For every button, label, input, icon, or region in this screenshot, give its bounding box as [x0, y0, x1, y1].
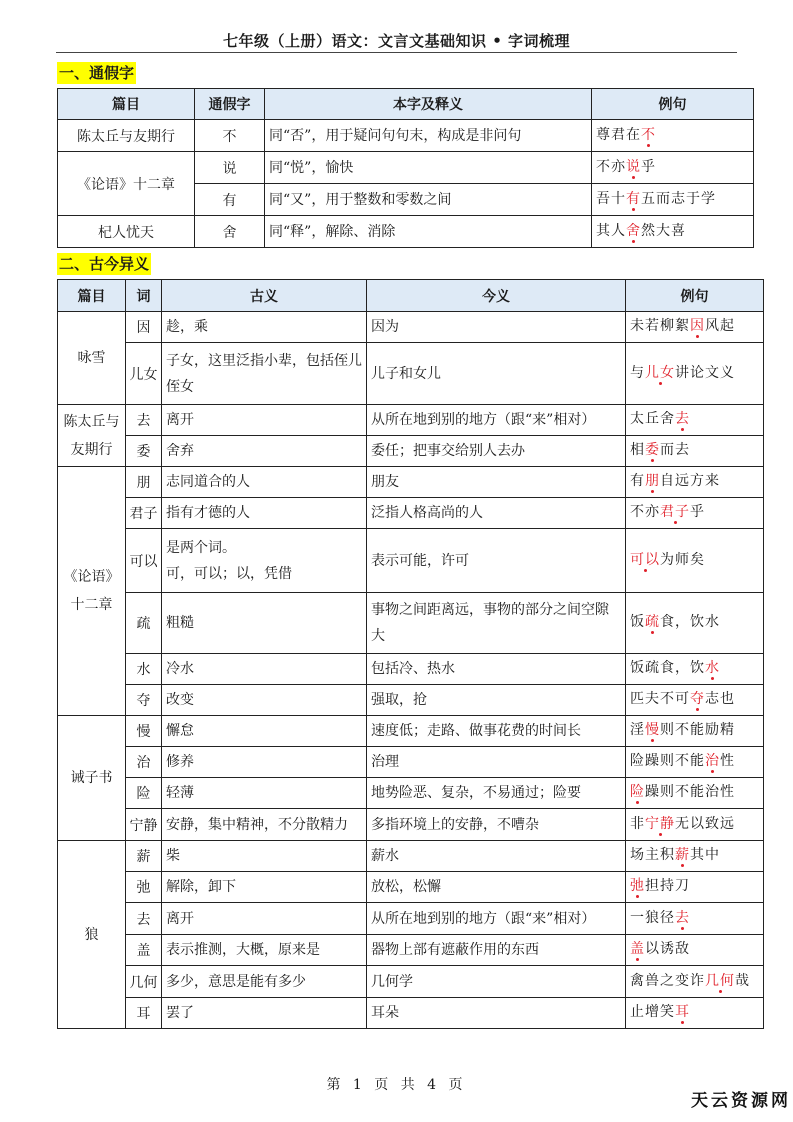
old-meaning-cell: 离开: [162, 405, 367, 436]
emphasized-word: 君子: [660, 505, 690, 520]
example-cell: 淫慢则不能励精: [626, 716, 764, 747]
example-cell: 相委而去: [626, 436, 764, 467]
emphasized-word: 治: [705, 754, 720, 769]
table-row: 诫子书慢懈怠速度低；走路、做事花费的时间长淫慢则不能励精: [58, 716, 764, 747]
word-cell: 弛: [126, 872, 162, 903]
example-text: 不亦: [596, 160, 626, 175]
new-meaning-cell: 治理: [367, 747, 626, 778]
example-text: 其中: [690, 848, 720, 863]
old-meaning-cell: 改变: [162, 685, 367, 716]
example-cell: 场主积薪其中: [626, 841, 764, 872]
new-meaning-cell: 从所在地到别的地方（跟“来”相对）: [367, 405, 626, 436]
word-cell: 可以: [126, 529, 162, 593]
example-text: 吾十: [596, 192, 626, 207]
chapter-cell: 《论语》十二章: [58, 467, 126, 716]
old-meaning-cell: 柴: [162, 841, 367, 872]
tongjiazi-table: 篇目 通假字 本字及释义 例句 陈太丘与友期行不同“否”，用于疑问句句末，构成是…: [57, 88, 754, 248]
example-text: 无以致远: [675, 817, 735, 832]
table-row: 宁静安静，集中精神，不分散精力多指环境上的安静，不嘈杂非宁静无以致远: [58, 809, 764, 841]
emphasized-word: 弛: [630, 879, 645, 894]
new-meaning-cell: 速度低；走路、做事花费的时间长: [367, 716, 626, 747]
table-row: 夺改变强取，抢匹夫不可夺志也: [58, 685, 764, 716]
table-header-row: 篇目 通假字 本字及释义 例句: [58, 89, 754, 120]
old-meaning-cell: 表示推测，大概，原来是: [162, 935, 367, 966]
old-meaning-cell: 罢了: [162, 998, 367, 1029]
example-cell: 与儿女讲论文义: [626, 343, 764, 405]
example-text: 五而志于学: [641, 192, 716, 207]
word-cell: 慢: [126, 716, 162, 747]
new-meaning-cell: 事物之间距离远，事物的部分之间空隙大: [367, 593, 626, 654]
chapter-cell: 《论语》十二章: [58, 152, 195, 216]
table-row: 耳罢了耳朵止增笑耳: [58, 998, 764, 1029]
table-row: 水冷水包括冷、热水饭疏食，饮水: [58, 654, 764, 685]
new-meaning-cell: 包括冷、热水: [367, 654, 626, 685]
chapter-cell: 咏雪: [58, 312, 126, 405]
emphasized-word: 儿女: [645, 366, 675, 381]
column-header-old-meaning: 古义: [162, 280, 367, 312]
new-meaning-cell: 地势险恶、复杂，不易通过；险要: [367, 778, 626, 809]
example-cell: 太丘舍去: [626, 405, 764, 436]
char-cell: 不: [195, 120, 265, 152]
meaning-cell: 同“悦”，愉快: [265, 152, 592, 184]
word-cell: 委: [126, 436, 162, 467]
old-meaning-cell: 解除，卸下: [162, 872, 367, 903]
meaning-cell: 同“又”，用于整数和零数之间: [265, 184, 592, 216]
column-header-chapter: 篇目: [58, 89, 195, 120]
emphasized-word: 因: [690, 319, 705, 334]
new-meaning-cell: 薪水: [367, 841, 626, 872]
emphasized-word: 夺: [690, 692, 705, 707]
emphasized-word: 疏: [645, 615, 660, 630]
example-cell: 吾十有五而志于学: [592, 184, 754, 216]
old-meaning-cell: 修养: [162, 747, 367, 778]
emphasized-word: 去: [675, 412, 690, 427]
example-text: 性: [720, 754, 735, 769]
word-cell: 夺: [126, 685, 162, 716]
emphasized-word: 有: [626, 192, 641, 207]
emphasized-word: 险: [630, 785, 645, 800]
column-header-char: 通假字: [195, 89, 265, 120]
old-meaning-cell: 安静，集中精神，不分散精力: [162, 809, 367, 841]
example-text: 担持刀: [645, 879, 690, 894]
example-text: 乎: [641, 160, 656, 175]
word-cell: 去: [126, 903, 162, 935]
new-meaning-cell: 表示可能，许可: [367, 529, 626, 593]
example-text: 然大喜: [641, 224, 686, 239]
old-meaning-cell: 多少，意思是能有多少: [162, 966, 367, 998]
word-cell: 宁静: [126, 809, 162, 841]
word-cell: 儿女: [126, 343, 162, 405]
meaning-cell: 同“否”，用于疑问句句末，构成是非问句: [265, 120, 592, 152]
example-text: 食，饮水: [660, 615, 720, 630]
emphasized-word: 委: [645, 443, 660, 458]
word-cell: 险: [126, 778, 162, 809]
new-meaning-cell: 器物上部有遮蔽作用的东西: [367, 935, 626, 966]
title-divider: [56, 52, 737, 53]
table-row: 可以是两个词。 可，可以；以，凭借表示可能，许可可以为师矣: [58, 529, 764, 593]
table-header-row: 篇目 词 古义 今义 例句: [58, 280, 764, 312]
old-meaning-cell: 子女，这里泛指小辈，包括侄儿侄女: [162, 343, 367, 405]
example-cell: 饭疏食，饮水: [626, 593, 764, 654]
table-row: 杞人忧天舍同“释”，解除、消除其人舍然大喜: [58, 216, 754, 248]
emphasized-word: 去: [675, 911, 690, 926]
table-row: 狼薪柴薪水场主积薪其中: [58, 841, 764, 872]
example-cell: 匹夫不可夺志也: [626, 685, 764, 716]
word-cell: 几何: [126, 966, 162, 998]
section-heading-tongjiazi: 一、通假字: [57, 62, 136, 84]
table-row: 《论语》十二章说同“悦”，愉快不亦说乎: [58, 152, 754, 184]
example-cell: 弛担持刀: [626, 872, 764, 903]
example-text: 不亦: [630, 505, 660, 520]
gujinyiyi-table: 篇目 词 古义 今义 例句 咏雪因趁，乘因为未若柳絮因风起儿女子女，这里泛指小辈…: [57, 279, 764, 1029]
example-text: 止增笑: [630, 1005, 675, 1020]
table-row: 险轻薄地势险恶、复杂，不易通过；险要险躁则不能治性: [58, 778, 764, 809]
emphasized-word: 盖: [630, 942, 645, 957]
example-text: 哉: [735, 974, 750, 989]
chapter-cell: 陈太丘与友期行: [58, 405, 126, 467]
new-meaning-cell: 强取，抢: [367, 685, 626, 716]
example-text: 场主积: [630, 848, 675, 863]
table-row: 陈太丘与友期行去离开从所在地到别的地方（跟“来”相对）太丘舍去: [58, 405, 764, 436]
old-meaning-cell: 趁，乘: [162, 312, 367, 343]
old-meaning-cell: 指有才德的人: [162, 498, 367, 529]
chapter-cell: 狼: [58, 841, 126, 1029]
example-cell: 不亦说乎: [592, 152, 754, 184]
example-cell: 止增笑耳: [626, 998, 764, 1029]
example-text: 风起: [705, 319, 735, 334]
example-text: 太丘舍: [630, 412, 675, 427]
new-meaning-cell: 放松，松懈: [367, 872, 626, 903]
emphasized-word: 舍: [626, 224, 641, 239]
example-text: 饭: [630, 615, 645, 630]
example-text: 其人: [596, 224, 626, 239]
column-header-word: 词: [126, 280, 162, 312]
old-meaning-cell: 懈怠: [162, 716, 367, 747]
new-meaning-cell: 因为: [367, 312, 626, 343]
old-meaning-cell: 离开: [162, 903, 367, 935]
emphasized-word: 慢: [645, 723, 660, 738]
document-title: 七年级（上册）语文：文言文基础知识 • 字词梳理: [56, 30, 737, 51]
table-row: 盖表示推测，大概，原来是器物上部有遮蔽作用的东西盖以诱敌: [58, 935, 764, 966]
example-cell: 一狼径去: [626, 903, 764, 935]
new-meaning-cell: 从所在地到别的地方（跟“来”相对）: [367, 903, 626, 935]
word-cell: 疏: [126, 593, 162, 654]
example-text: 躁则不能治性: [645, 785, 735, 800]
example-text: 未若柳絮: [630, 319, 690, 334]
word-cell: 去: [126, 405, 162, 436]
example-cell: 非宁静无以致远: [626, 809, 764, 841]
example-text: 为师矣: [660, 553, 705, 568]
example-text: 乎: [690, 505, 705, 520]
char-cell: 有: [195, 184, 265, 216]
example-text: 非: [630, 817, 645, 832]
table-row: 疏粗糙事物之间距离远，事物的部分之间空隙大饭疏食，饮水: [58, 593, 764, 654]
word-cell: 盖: [126, 935, 162, 966]
example-text: 尊君在: [596, 128, 641, 143]
old-meaning-cell: 冷水: [162, 654, 367, 685]
example-cell: 险躁则不能治性: [626, 778, 764, 809]
example-text: 淫: [630, 723, 645, 738]
watermark-logo: 天云资源网: [691, 1086, 791, 1111]
example-text: 以诱敌: [645, 942, 690, 957]
chapter-cell: 陈太丘与友期行: [58, 120, 195, 152]
emphasized-word: 不: [641, 128, 656, 143]
column-header-example: 例句: [592, 89, 754, 120]
word-cell: 耳: [126, 998, 162, 1029]
new-meaning-cell: 委任；把事交给别人去办: [367, 436, 626, 467]
example-cell: 禽兽之变诈几何哉: [626, 966, 764, 998]
table-row: 几何多少，意思是能有多少几何学禽兽之变诈几何哉: [58, 966, 764, 998]
table-row: 治修养治理险躁则不能治性: [58, 747, 764, 778]
old-meaning-cell: 是两个词。 可，可以；以，凭借: [162, 529, 367, 593]
emphasized-word: 朋: [645, 474, 660, 489]
table-row: 儿女子女，这里泛指小辈，包括侄儿侄女儿子和女儿与儿女讲论文义: [58, 343, 764, 405]
word-cell: 治: [126, 747, 162, 778]
example-text: 而去: [660, 443, 690, 458]
new-meaning-cell: 儿子和女儿: [367, 343, 626, 405]
word-cell: 薪: [126, 841, 162, 872]
new-meaning-cell: 多指环境上的安静，不嘈杂: [367, 809, 626, 841]
table-row: 陈太丘与友期行不同“否”，用于疑问句句末，构成是非问句尊君在不: [58, 120, 754, 152]
example-text: 险躁则不能: [630, 754, 705, 769]
column-header-chapter: 篇目: [58, 280, 126, 312]
chapter-cell: 杞人忧天: [58, 216, 195, 248]
table-row: 弛解除，卸下放松，松懈弛担持刀: [58, 872, 764, 903]
example-cell: 饭疏食，饮水: [626, 654, 764, 685]
char-cell: 舍: [195, 216, 265, 248]
example-text: 则不能励精: [660, 723, 735, 738]
column-header-example: 例句: [626, 280, 764, 312]
example-cell: 可以为师矣: [626, 529, 764, 593]
example-cell: 未若柳絮因风起: [626, 312, 764, 343]
table-row: 委舍弃委任；把事交给别人去办相委而去: [58, 436, 764, 467]
emphasized-word: 几何: [705, 974, 735, 989]
old-meaning-cell: 舍弃: [162, 436, 367, 467]
example-text: 禽兽之变诈: [630, 974, 705, 989]
old-meaning-cell: 志同道合的人: [162, 467, 367, 498]
word-cell: 因: [126, 312, 162, 343]
example-text: 有: [630, 474, 645, 489]
word-cell: 君子: [126, 498, 162, 529]
emphasized-word: 耳: [675, 1005, 690, 1020]
example-cell: 尊君在不: [592, 120, 754, 152]
meaning-cell: 同“释”，解除、消除: [265, 216, 592, 248]
word-cell: 水: [126, 654, 162, 685]
new-meaning-cell: 几何学: [367, 966, 626, 998]
emphasized-word: 宁静: [645, 817, 675, 832]
example-text: 志也: [705, 692, 735, 707]
column-header-new-meaning: 今义: [367, 280, 626, 312]
char-cell: 说: [195, 152, 265, 184]
example-text: 饭疏食，饮: [630, 661, 705, 676]
example-text: 一狼径: [630, 911, 675, 926]
word-cell: 朋: [126, 467, 162, 498]
example-text: 自远方来: [660, 474, 720, 489]
example-text: 相: [630, 443, 645, 458]
example-text: 匹夫不可: [630, 692, 690, 707]
section-heading-gujinyiyi: 二、古今异义: [57, 253, 151, 275]
emphasized-word: 水: [705, 661, 720, 676]
emphasized-word: 可以: [630, 553, 660, 568]
column-header-meaning: 本字及释义: [265, 89, 592, 120]
example-text: 与: [630, 366, 645, 381]
new-meaning-cell: 耳朵: [367, 998, 626, 1029]
chapter-cell: 诫子书: [58, 716, 126, 841]
table-row: 去离开从所在地到别的地方（跟“来”相对）一狼径去: [58, 903, 764, 935]
table-row: 咏雪因趁，乘因为未若柳絮因风起: [58, 312, 764, 343]
example-cell: 盖以诱敌: [626, 935, 764, 966]
page-number: 第 1 页 共 4 页: [0, 1074, 793, 1094]
new-meaning-cell: 泛指人格高尚的人: [367, 498, 626, 529]
table-row: 君子指有才德的人泛指人格高尚的人不亦君子乎: [58, 498, 764, 529]
emphasized-word: 薪: [675, 848, 690, 863]
new-meaning-cell: 朋友: [367, 467, 626, 498]
example-cell: 不亦君子乎: [626, 498, 764, 529]
example-cell: 其人舍然大喜: [592, 216, 754, 248]
example-cell: 险躁则不能治性: [626, 747, 764, 778]
old-meaning-cell: 粗糙: [162, 593, 367, 654]
example-text: 讲论文义: [675, 366, 735, 381]
old-meaning-cell: 轻薄: [162, 778, 367, 809]
example-cell: 有朋自远方来: [626, 467, 764, 498]
emphasized-word: 说: [626, 160, 641, 175]
table-row: 《论语》十二章朋志同道合的人朋友有朋自远方来: [58, 467, 764, 498]
